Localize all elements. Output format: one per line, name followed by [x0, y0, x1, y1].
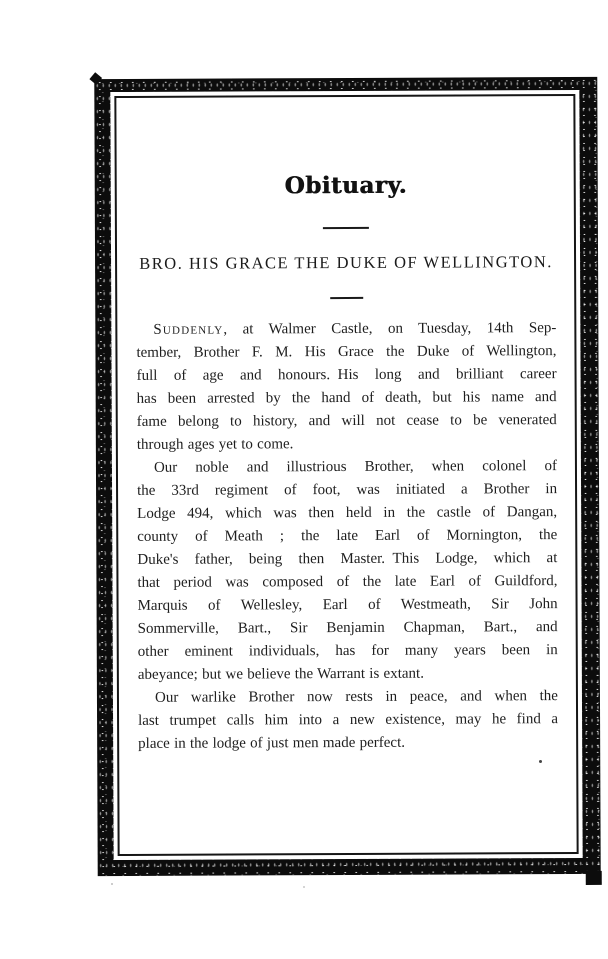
text-line: Our noble and illustrious Brother, when …	[137, 455, 557, 480]
obituary-heading: Obituary.	[136, 170, 556, 202]
text-line: the 33rd regiment of foot, was initiated…	[137, 478, 557, 503]
text-line: that period was composed of the late Ear…	[137, 570, 557, 595]
text-line: other eminent individuals, has for many …	[138, 639, 558, 664]
ink-speck	[539, 760, 542, 763]
article-title: BRO. HIS GRACE THE DUKE OF WELLINGTON.	[136, 252, 556, 274]
dust-speck	[111, 883, 113, 885]
decorative-rule-top	[323, 227, 369, 229]
text-line: through ages yet to come.	[137, 432, 557, 457]
text-line: Lodge 494, which was then held in the ca…	[137, 501, 557, 526]
text-line: full of age and honours. His long and br…	[137, 363, 557, 388]
paragraph: Our warlike Brother now rests in peace, …	[138, 685, 558, 756]
page-inner-rule: Obituary. BRO. HIS GRACE THE DUKE OF WEL…	[114, 94, 578, 856]
text-line: abeyance; but we believe the Warrant is …	[138, 662, 558, 687]
text-line: Suddenly, at Walmer Castle, on Tuesday, …	[136, 317, 556, 342]
border-white-gap: Obituary. BRO. HIS GRACE THE DUKE OF WEL…	[110, 90, 582, 860]
dust-speck	[303, 886, 305, 888]
text-line: has been arrested by the hand of death, …	[137, 386, 557, 411]
smallcaps-lead: Suddenly	[153, 322, 223, 338]
scanned-book-page: Obituary. BRO. HIS GRACE THE DUKE OF WEL…	[0, 0, 608, 959]
text-line: Sommerville, Bart., Sir Benjamin Chapman…	[138, 616, 558, 641]
text-line: county of Meath ; the late Earl of Morni…	[137, 524, 557, 549]
page-border-frame: Obituary. BRO. HIS GRACE THE DUKE OF WEL…	[94, 77, 600, 876]
text-line: fame belong to history, and will not cea…	[137, 409, 557, 434]
text-line: tember, Brother F. M. His Grace the Duke…	[136, 340, 556, 365]
paragraph: Suddenly, at Walmer Castle, on Tuesday, …	[136, 317, 557, 457]
text-line: last trumpet calls him into a new existe…	[138, 708, 558, 733]
paragraph: Our noble and illustrious Brother, when …	[137, 455, 558, 687]
article-body: Suddenly, at Walmer Castle, on Tuesday, …	[136, 317, 558, 756]
text-line: Duke's father, being then Master. This L…	[137, 547, 557, 572]
text-line: Our warlike Brother now rests in peace, …	[138, 685, 558, 710]
text-line: Marquis of Wellesley, Earl of Westmeath,…	[138, 593, 558, 618]
decorative-rule-under-title	[330, 297, 363, 299]
text-line: place in the lodge of just men made perf…	[138, 731, 558, 756]
